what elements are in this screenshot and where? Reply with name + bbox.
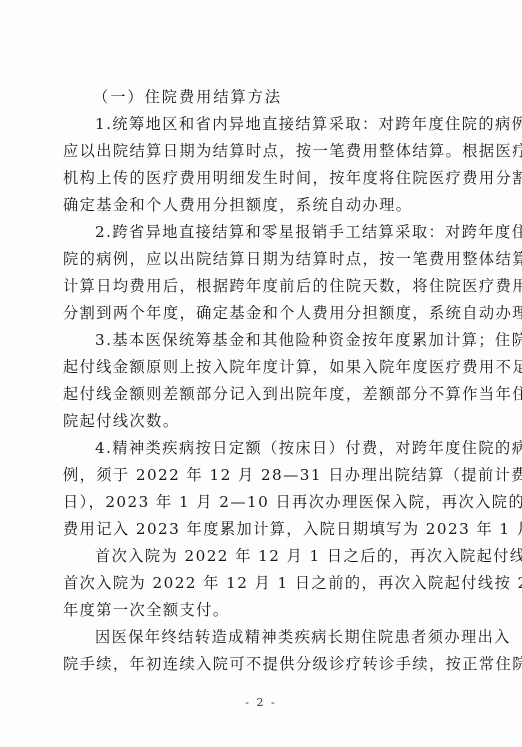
text-line: 院的病例，应以出院结算日期为结算时点，按一笔费用整体结算。 xyxy=(63,246,477,273)
page-number: - 2 - xyxy=(0,696,522,709)
document-body: （一）住院费用结算方法 1.统筹地区和省内异地直接结算采取：对跨年度住院的病例，… xyxy=(63,84,477,678)
text-line: 因医保年终结转造成精神类疾病长期住院患者须办理出入 xyxy=(63,624,477,651)
text-line: 3.基本医保统筹基金和其他险种资金按年度累加计算；住院 xyxy=(63,327,477,354)
text-line: 首次入院为 2022 年 12 月 1 日之后的，再次入院起付线为零； xyxy=(63,543,477,570)
text-line: 4.精神类疾病按日定额（按床日）付费，对跨年度住院的病 xyxy=(63,435,477,462)
text-line: 1.统筹地区和省内异地直接结算采取：对跨年度住院的病例， xyxy=(63,111,477,138)
paragraph-4: 4.精神类疾病按日定额（按床日）付费，对跨年度住院的病 例，须于 2022 年 … xyxy=(63,435,477,543)
text-line: 分割到两个年度，确定基金和个人费用分担额度，系统自动办理。 xyxy=(63,300,477,327)
text-line: 例，须于 2022 年 12 月 28—31 日办理出院结算（提前计费到 31 xyxy=(63,462,477,489)
text-line: 机构上传的医疗费用明细发生时间，按年度将住院医疗费用分割， xyxy=(63,165,477,192)
paragraph-3: 3.基本医保统筹基金和其他险种资金按年度累加计算；住院 起付线金额原则上按入院年… xyxy=(63,327,477,435)
text-line: 起付线金额则差额部分记入到出院年度，差额部分不算作当年住 xyxy=(63,381,477,408)
text-line: 年度第一次全额支付。 xyxy=(63,597,477,624)
paragraph-2: 2.跨省异地直接结算和零星报销手工结算采取：对跨年度住 院的病例，应以出院结算日… xyxy=(63,219,477,327)
text-line: 院起付线次数。 xyxy=(63,408,477,435)
text-line: 日），2023 年 1 月 2—10 日再次办理医保入院，再次入院的医疗 xyxy=(63,489,477,516)
text-line: 费用记入 2023 年度累加计算，入院日期填写为 2023 年 1 月 1 日。 xyxy=(63,516,477,543)
text-line: 起付线金额原则上按入院年度计算，如果入院年度医疗费用不足 xyxy=(63,354,477,381)
paragraph-6: 因医保年终结转造成精神类疾病长期住院患者须办理出入 院手续，年初连续入院可不提供… xyxy=(63,624,477,678)
text-line: 应以出院结算日期为结算时点，按一笔费用整体结算。根据医疗 xyxy=(63,138,477,165)
text-line: 计算日均费用后，根据跨年度前后的住院天数，将住院医疗费用 xyxy=(63,273,477,300)
text-line: 2.跨省异地直接结算和零星报销手工结算采取：对跨年度住 xyxy=(63,219,477,246)
text-line: 首次入院为 2022 年 12 月 1 日之前的，再次入院起付线按 2023 xyxy=(63,570,477,597)
paragraph-1: 1.统筹地区和省内异地直接结算采取：对跨年度住院的病例， 应以出院结算日期为结算… xyxy=(63,111,477,219)
document-page: （一）住院费用结算方法 1.统筹地区和省内异地直接结算采取：对跨年度住院的病例，… xyxy=(0,0,522,747)
paragraph-5: 首次入院为 2022 年 12 月 1 日之后的，再次入院起付线为零； 首次入院… xyxy=(63,543,477,624)
text-line: 确定基金和个人费用分担额度，系统自动办理。 xyxy=(63,192,477,219)
section-heading: （一）住院费用结算方法 xyxy=(63,84,477,111)
text-line: 院手续，年初连续入院可不提供分级诊疗转诊手续，按正常住院 xyxy=(63,651,477,678)
